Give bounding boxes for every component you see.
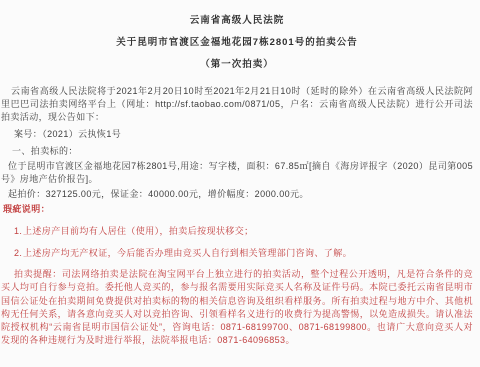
- auction-announcement-document: 云南省高级人民法院 关于昆明市官渡区金福地花园7栋2801号的拍卖公告 （第一次…: [0, 0, 480, 367]
- price-line: 起拍价：327125.00元，保证金：40000.00元，增价幅度：2000.0…: [1, 188, 473, 201]
- defect-item-1-number: 1.: [1, 225, 23, 238]
- announcement-title: 关于昆明市官渡区金福地花园7栋2801号的拍卖公告: [1, 32, 473, 54]
- defect-list: 1. 上述房产目前均有人居住（使用），拍卖后按现状移交； 2. 上述房产均无产权…: [1, 225, 473, 260]
- auction-round-subtitle: （第一次拍卖）: [1, 54, 473, 76]
- defect-item-2-number: 2.: [1, 247, 23, 260]
- auction-reminder-paragraph: 拍卖提醒：司法网络拍卖是法院在淘宝网平台上独立进行的拍卖活动，整个过程公开透明，…: [1, 268, 473, 348]
- defect-item-1: 1. 上述房产目前均有人居住（使用），拍卖后按现状移交；: [1, 225, 473, 238]
- defects-heading: 瑕疵说明：: [1, 203, 473, 216]
- defect-item-1-text: 上述房产目前均有人居住（使用），拍卖后按现状移交；: [23, 225, 473, 238]
- case-number: 案号：（2021）云执恢1号: [1, 128, 473, 141]
- defect-item-2: 2. 上述房产均无产权证，今后能否办理由竞买人自行到相关管理部门咨询、了解。: [1, 247, 473, 260]
- defect-item-2-text: 上述房产均无产权证，今后能否办理由竞买人自行到相关管理部门咨询、了解。: [23, 247, 473, 260]
- section-heading-auction-target: 一、拍卖标的：: [1, 145, 473, 158]
- title-block: 云南省高级人民法院 关于昆明市官渡区金福地花园7栋2801号的拍卖公告 （第一次…: [1, 10, 473, 76]
- property-description: 位于昆明市官渡区金福地花园7栋2801号,用途：写字楼，面积：67.85㎡[摘自…: [1, 160, 473, 186]
- court-name-title: 云南省高级人民法院: [1, 10, 473, 32]
- intro-paragraph: 云南省高级人民法院将于2021年2月20日10时至2021年2月21日10时（延…: [1, 85, 473, 124]
- document-body: 云南省高级人民法院将于2021年2月20日10时至2021年2月21日10时（延…: [1, 85, 473, 348]
